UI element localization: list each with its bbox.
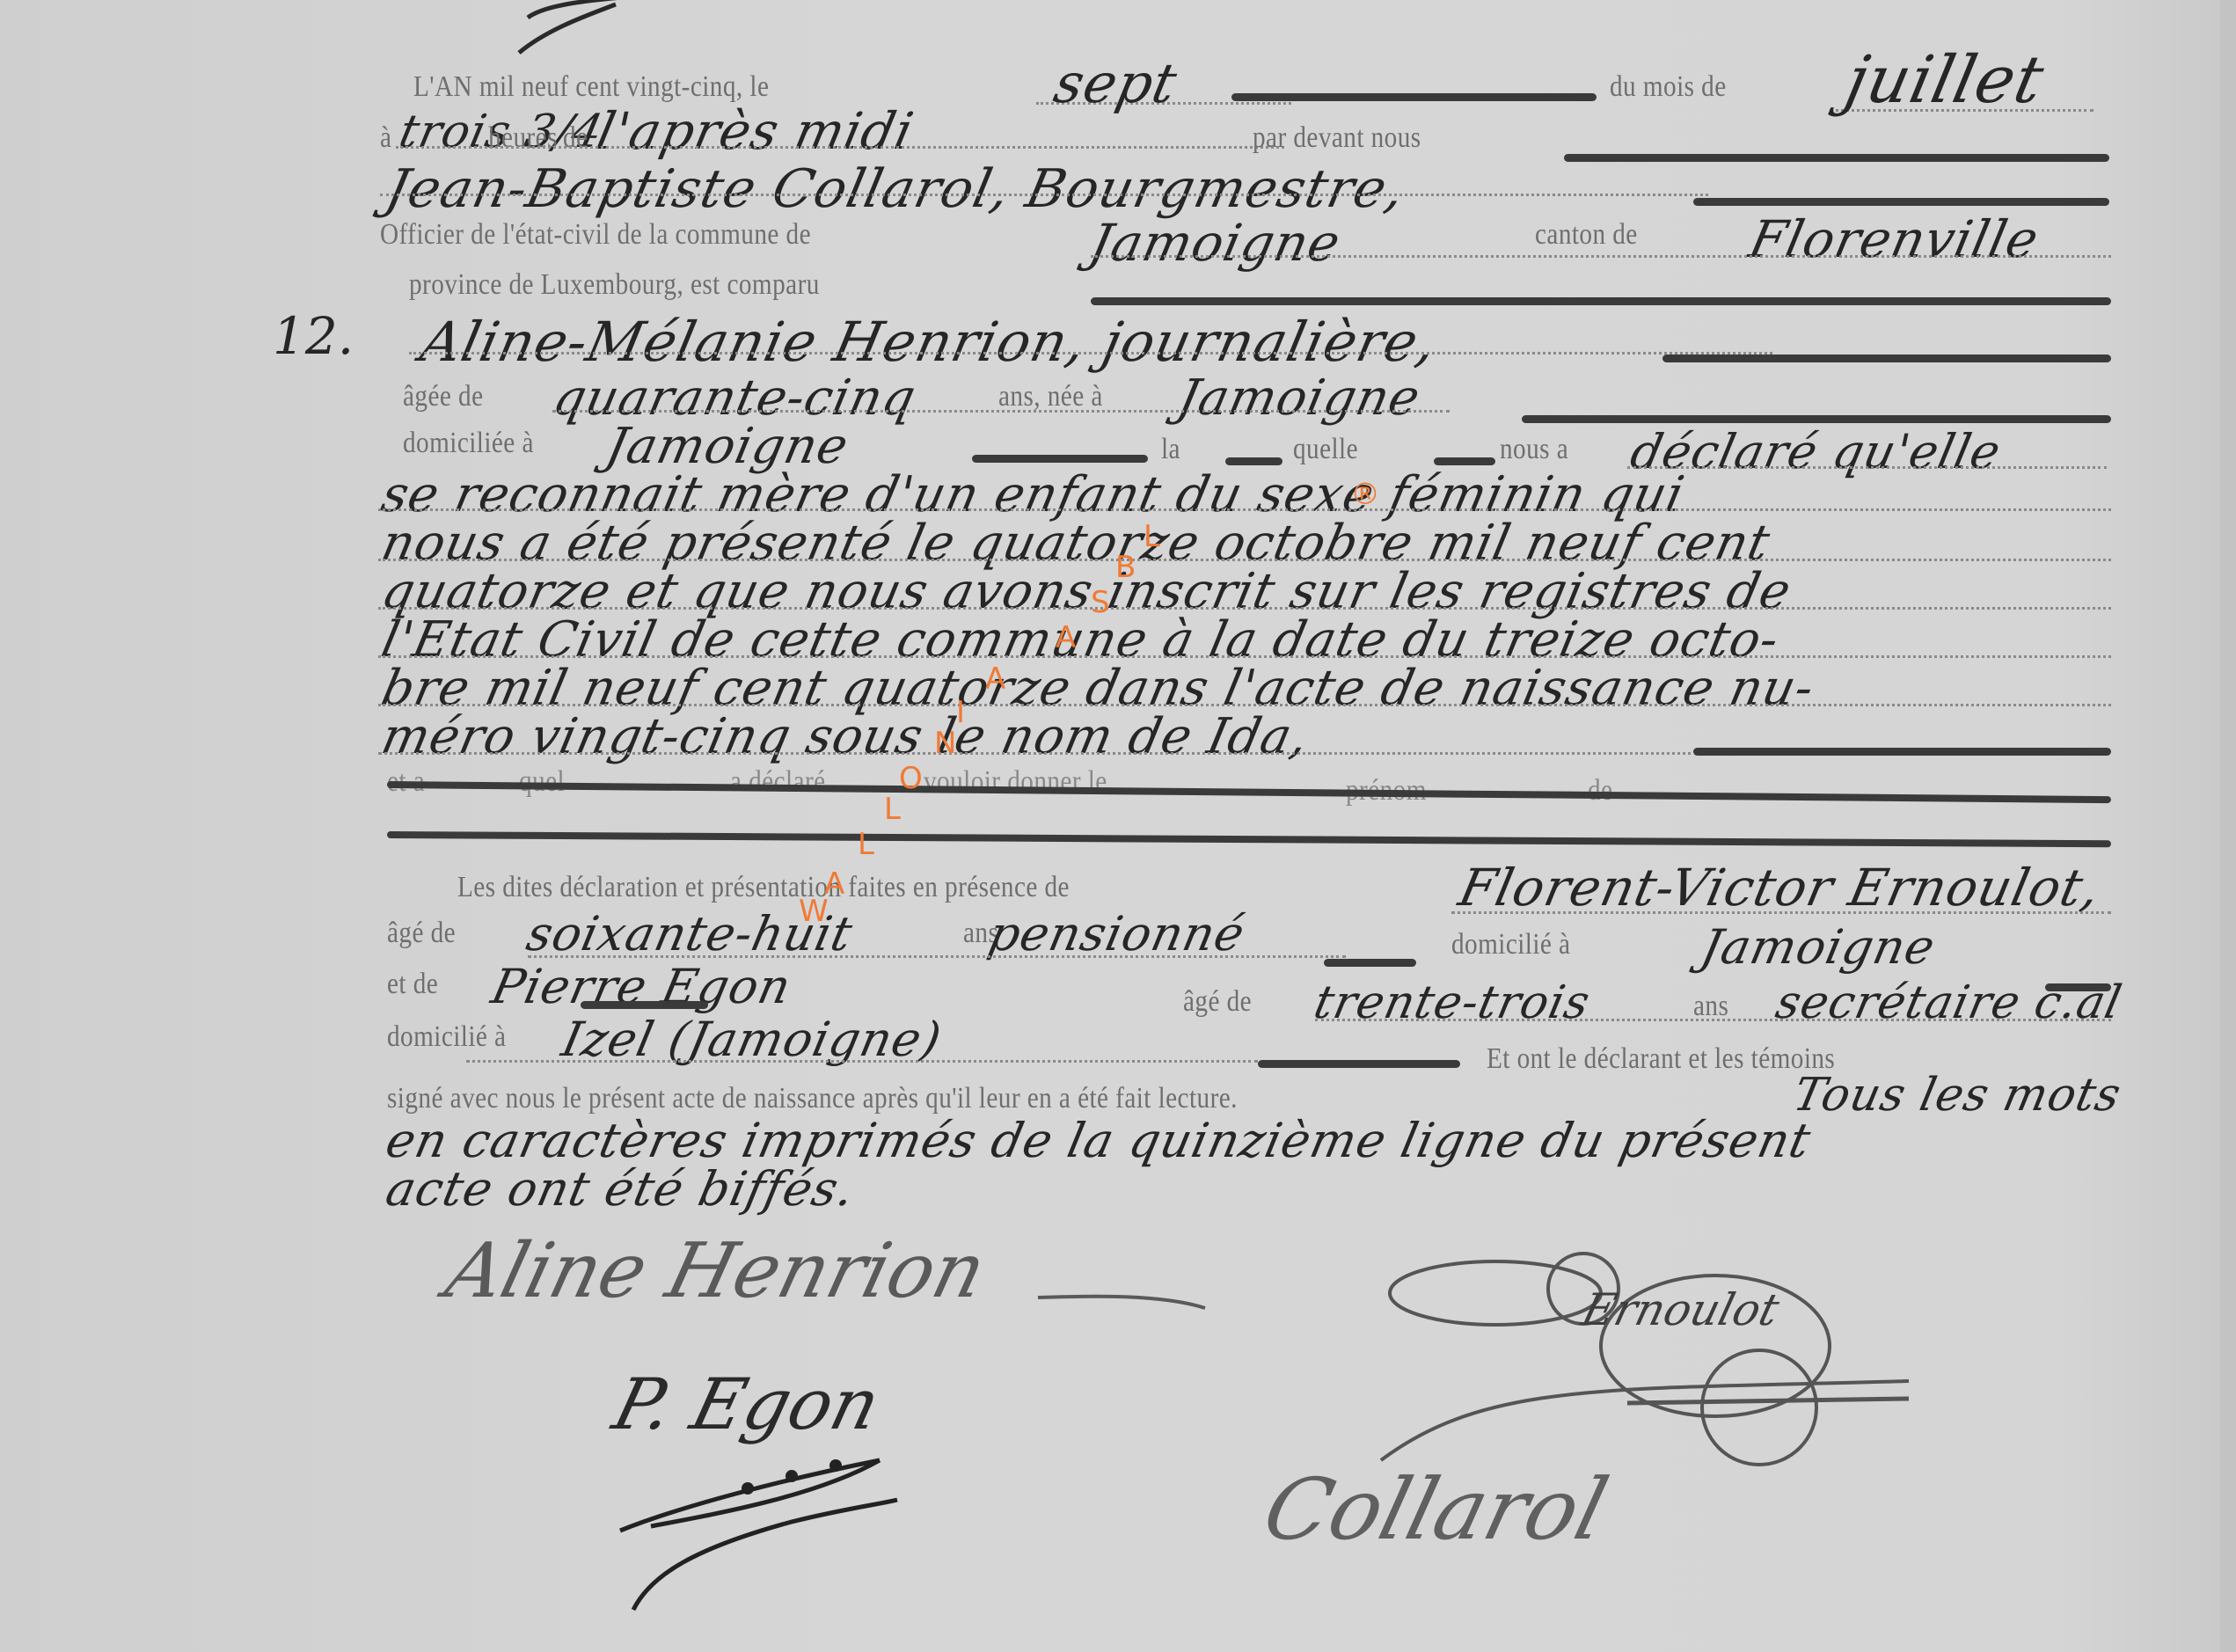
printed-ans-nee: ans, née à — [998, 380, 1103, 413]
watermark-letter: N — [934, 726, 956, 761]
printed-officer-label: Officier de l'état-civil de la commune d… — [380, 218, 811, 252]
fill-bar — [581, 1001, 708, 1009]
printed-domiciliee: domiciliée à — [403, 427, 534, 460]
signature-declarant: Aline Henrion — [438, 1227, 995, 1315]
fill-bar — [1522, 415, 2111, 423]
printed-canton: canton de — [1535, 218, 1638, 252]
dotted-line — [528, 955, 1346, 958]
printed-par-devant: par devant nous — [1253, 121, 1421, 155]
hand-age2: trente-trois — [1310, 976, 1595, 1029]
watermark-letter: A — [824, 866, 844, 902]
hand-day: sept — [1049, 51, 1183, 115]
fill-bar — [1693, 198, 2109, 206]
act-number: 12. — [273, 306, 354, 366]
printed-year: L'AN mil neuf cent vingt-cinq, le — [413, 70, 769, 104]
hand-canton: Florenville — [1744, 209, 2044, 269]
dotted-line — [378, 704, 2111, 706]
dotted-line — [466, 1060, 1258, 1063]
struck-word: a déclaré — [730, 765, 826, 799]
page-edge — [2220, 0, 2236, 1652]
dotted-line — [378, 655, 2111, 658]
fill-bar — [1091, 297, 2111, 305]
signature-officer: Collarol — [1254, 1460, 1617, 1559]
watermark-letter: I — [956, 695, 965, 730]
strike-line — [387, 781, 2111, 803]
dotted-line — [1627, 466, 2107, 469]
fill-bar — [1324, 959, 1416, 967]
signature-witness2: P. Egon — [605, 1363, 888, 1445]
hand-witness1: Florent-Victor Ernoulot, — [1454, 858, 2106, 917]
hand-birthplace: Jamoigne — [1173, 369, 1425, 427]
watermark-letter: A — [985, 662, 1005, 697]
fill-bar — [1434, 457, 1495, 465]
watermark-letter: L — [1144, 519, 1160, 554]
watermark-letter: L — [858, 827, 874, 862]
dotted-line — [378, 559, 2111, 561]
fill-bar — [972, 455, 1148, 463]
fill-bar — [1225, 457, 1282, 465]
printed-domicilie-2: domicilié à — [387, 1020, 506, 1054]
printed-la: la — [1161, 433, 1180, 466]
strike-line — [387, 831, 2111, 847]
printed-month-label: du mois de — [1610, 70, 1727, 104]
hand-note-line: acte ont été biffés. — [381, 1161, 859, 1217]
signature-witness1-flourish — [1381, 1249, 1926, 1478]
top-flourish — [510, 0, 686, 62]
signature-underline — [1038, 1289, 1214, 1315]
hand-occupation2: secrétaire c.al — [1772, 976, 2127, 1029]
printed-quelle: quelle — [1293, 433, 1358, 466]
hand-body-line: méro vingt-cinq sous le nom de Ida, — [376, 708, 1314, 765]
fill-bar — [1231, 93, 1597, 101]
printed-heures: heures — [488, 121, 558, 155]
document-page: L'AN mil neuf cent vingt-cinq, le sept d… — [0, 0, 2236, 1652]
watermark-letter: A — [1056, 620, 1076, 655]
fill-bar — [1564, 154, 2109, 162]
hand-month: juillet — [1839, 42, 2050, 118]
printed-de: de — [563, 121, 588, 155]
hand-domicile2: Izel (Jamoigne) — [557, 1012, 946, 1067]
printed-et-de: et de — [387, 968, 438, 1001]
fill-bar — [1693, 748, 2111, 756]
hand-occupation1: pensionné — [983, 906, 1250, 961]
printed-age-de: âgé de — [387, 917, 456, 950]
printed-signature-clause: signé avec nous le présent acte de naiss… — [387, 1082, 1238, 1115]
signature-witness1: Ernoulot — [1577, 1284, 1785, 1335]
dotted-line — [409, 352, 1772, 355]
hand-note-line: en caractères imprimés de la quinzième l… — [381, 1113, 1816, 1168]
printed-province: province de Luxembourg, est comparu — [409, 268, 820, 302]
fill-bar — [1662, 355, 2111, 362]
watermark-letter: B — [1115, 550, 1136, 585]
printed-domicilie: domicilié à — [1451, 928, 1570, 961]
dotted-line — [1315, 1019, 2111, 1021]
dotted-line — [1451, 911, 2111, 914]
printed-et-ont: Et ont le déclarant et les témoins — [1487, 1042, 1835, 1076]
watermark-letter: S — [1091, 585, 1110, 620]
hand-domicile1: Jamoigne — [1696, 919, 1940, 975]
signature-flourish — [616, 1443, 985, 1619]
dotted-line — [378, 508, 2111, 511]
hand-note: Tous les mots — [1789, 1069, 2126, 1122]
fill-bar — [1258, 1060, 1460, 1068]
hand-period: l'après midi — [592, 101, 919, 161]
dotted-line — [378, 607, 2111, 610]
printed-witness-intro: Les dites déclaration et présentation fa… — [457, 871, 1070, 904]
printed-nous-a: nous a — [1500, 433, 1568, 466]
printed-a: à — [380, 121, 391, 155]
dotted-line — [1091, 255, 2111, 258]
watermark-registered-icon: ® — [1350, 477, 1380, 512]
watermark-letter: L — [884, 792, 901, 827]
hand-commune: Jamoigne — [1085, 213, 1347, 273]
printed-age-de-2: âgé de — [1183, 985, 1252, 1019]
dotted-line — [380, 194, 1708, 196]
printed-agee: âgée de — [403, 380, 483, 413]
hand-declarant: Aline-Mélanie Henrion, journalière, — [415, 310, 1443, 374]
watermark-letter: O — [899, 761, 923, 796]
hand-officer: Jean-Baptiste Collarol, Bourgmestre, — [381, 158, 1411, 220]
dotted-line — [396, 146, 1284, 149]
dotted-line — [378, 752, 1698, 755]
dotted-line — [552, 410, 1450, 413]
